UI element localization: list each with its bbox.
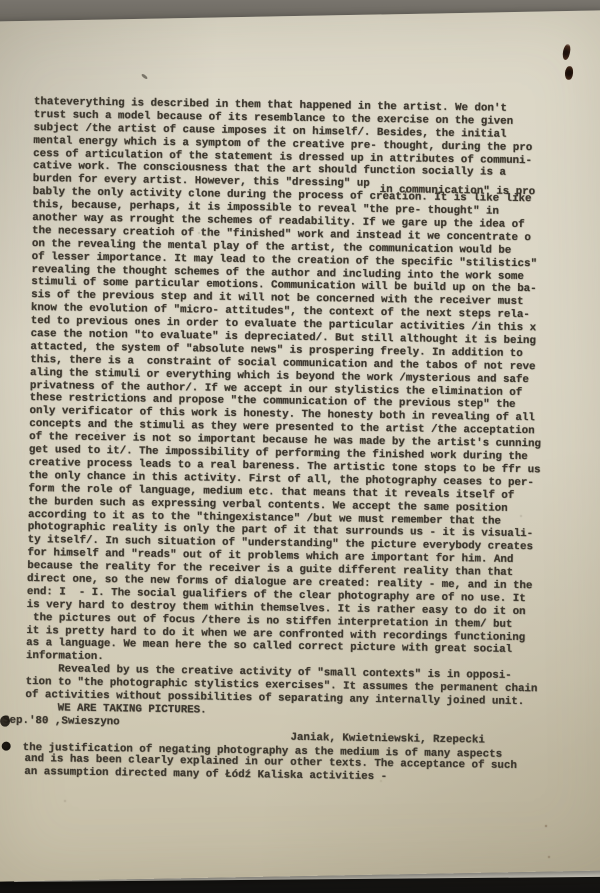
ink-blot-icon (0, 715, 10, 726)
typed-line-text: Sep.'80 ,Swieszyno (3, 714, 120, 728)
photo-background: thateverything is described in them that… (0, 0, 600, 893)
ink-dot-icon (2, 741, 11, 750)
paper-specks (0, 0, 2, 2)
typed-text: thateverything is described in them that… (24, 96, 579, 787)
